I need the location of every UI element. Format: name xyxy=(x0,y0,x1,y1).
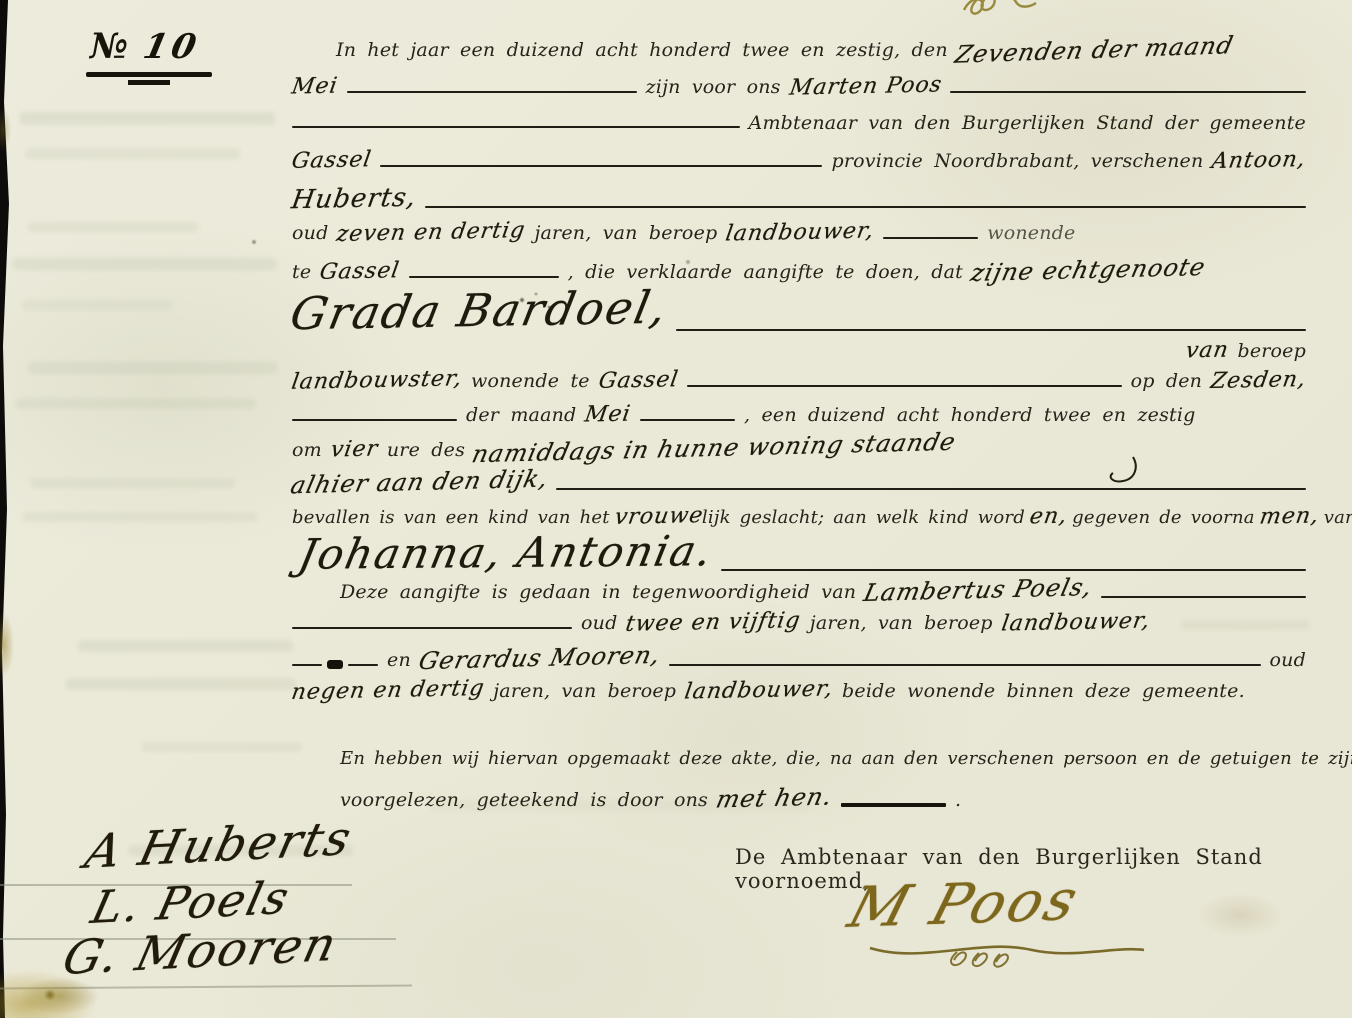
hw-witness1-name: Lambertus Poels, xyxy=(861,573,1095,607)
blank-rule xyxy=(721,569,1306,571)
hw-residence: Gassel xyxy=(318,258,401,285)
form-line-year: In het jaar een duizend acht honderd twe… xyxy=(336,34,1306,62)
form-line-municipality: Gassel provincie Noordbrabant, verschene… xyxy=(292,148,1306,173)
form-line-closing1: En hebben wij hiervan opgemaakt deze akt… xyxy=(340,748,1306,769)
blank-rule xyxy=(669,664,1261,666)
form-line-closing2: voorgelezen, geteekend is door ons met h… xyxy=(340,784,1306,812)
blank-rule xyxy=(425,206,1306,208)
bleedthrough-line xyxy=(142,742,302,752)
blank-rule xyxy=(380,165,822,167)
printed-segment: der maand xyxy=(466,404,576,426)
hw-van: van xyxy=(1184,338,1231,364)
printed-segment: En hebben wij hiervan opgemaakt deze akt… xyxy=(340,748,1352,769)
bleedthrough-line xyxy=(12,258,277,270)
blank-rule xyxy=(292,419,457,421)
form-line-birth-address: alhier aan den dijk, xyxy=(292,468,1306,496)
bleedthrough-line xyxy=(28,222,198,232)
hw-mother-occupation: landbouwster, xyxy=(290,366,464,395)
hw-mother-name: Grada Bardoel, xyxy=(286,281,673,341)
printed-segment: oud xyxy=(1270,649,1306,671)
blank-rule xyxy=(950,91,1306,93)
act-number-block: №10 xyxy=(90,26,199,67)
form-line-witness1: Deze aangifte is gedaan in tegenwoordigh… xyxy=(340,576,1306,604)
blank-rule xyxy=(841,803,946,808)
printed-segment: beide wonende binnen deze gemeente. xyxy=(842,680,1245,702)
form-line-mother-name: Grada Bardoel, xyxy=(292,284,1306,337)
registrar-signature-flourish xyxy=(862,938,1152,978)
blank-rule xyxy=(687,385,1122,387)
ink-blot xyxy=(327,660,343,669)
form-line-child-sex: bevallen is van een kind van het vrouwe … xyxy=(292,504,1306,529)
printed-segment: zijn voor ons xyxy=(646,76,781,98)
form-line-birth-time: om vier ure des namiddags in hunne wonin… xyxy=(292,434,1306,462)
printed-segment: gegeven de voorna xyxy=(1072,507,1255,528)
blank-rule xyxy=(1101,596,1306,598)
printed-segment: jaren, van beroep xyxy=(534,222,717,244)
printed-segment: op den xyxy=(1131,370,1203,392)
form-line-birth-month: der maand Mei , een duizend acht honderd… xyxy=(292,402,1306,427)
printed-segment: jaren, van beroep xyxy=(810,612,993,634)
form-line-witness1-age: oud twee en vijftig jaren, van beroep la… xyxy=(292,610,1306,635)
hw-met-hen: met hen. xyxy=(714,782,836,813)
form-line-declarant-surname: Huberts, xyxy=(292,184,1306,214)
cut-off-ink-flourish xyxy=(960,0,1080,16)
printed-segment: Deze aangifte is gedaan in tegenwoordigh… xyxy=(340,581,856,603)
printed-segment: bevallen is van een kind van het xyxy=(292,507,610,528)
form-line-month-registrar: Mei zijn voor ons Marten Poos xyxy=(292,74,1306,99)
form-line-mother-occupation: landbouwster, wonende te Gassel op den Z… xyxy=(292,368,1306,393)
printed-segment: en xyxy=(387,649,411,671)
hw-worden-suffix: en, xyxy=(1028,504,1069,530)
hw-witness1-age: twee en vijftig xyxy=(624,608,803,637)
bleedthrough-line xyxy=(22,512,257,522)
hw-child-names: Johanna, Antonia. xyxy=(295,526,718,579)
blank-rule xyxy=(348,664,378,666)
blank-rule xyxy=(676,329,1306,331)
hw-month: Mei xyxy=(290,74,340,100)
printed-segment: lijk geslacht; aan welk kind word xyxy=(702,507,1025,528)
hw-declarant-age: zeven en dertig xyxy=(335,218,528,247)
bleedthrough-line xyxy=(30,478,235,488)
blank-rule xyxy=(292,664,322,666)
hw-declarant-occupation: landbouwer, xyxy=(724,218,876,246)
hw-voornamen-suffix: men, xyxy=(1258,503,1321,529)
printed-segment: te xyxy=(292,261,311,283)
bleedthrough-line xyxy=(16,398,256,409)
form-line-official: Ambtenaar van den Burgerlijken Stand der… xyxy=(292,112,1306,134)
act-number: 10 xyxy=(140,27,204,67)
hw-witness1-occupation: landbouwer, xyxy=(999,608,1151,636)
bleedthrough-line xyxy=(25,148,240,159)
hw-birth-month: Mei xyxy=(583,402,633,428)
blank-rule xyxy=(883,237,978,239)
bleedthrough-line xyxy=(28,362,278,374)
form-line-residence: te Gassel , die verklaarde aangifte te d… xyxy=(292,256,1306,284)
hw-spouse-intro: zijne echtgenoote xyxy=(968,253,1208,287)
printed-segment: In het jaar een duizend acht honderd twe… xyxy=(336,39,948,61)
blank-rule xyxy=(409,276,559,278)
act-number-underline-2 xyxy=(128,80,170,85)
printed-segment: wonende te xyxy=(471,370,590,392)
form-line-witness2: en Gerardus Mooren, oud xyxy=(292,644,1306,672)
bleedthrough-line xyxy=(22,300,172,310)
form-line-child-names: Johanna, Antonia. xyxy=(300,528,1306,577)
bleedthrough-line xyxy=(66,678,296,690)
printed-segment: oud xyxy=(292,222,328,244)
hw-registrar-name: Marten Poos xyxy=(787,72,943,100)
bleedthrough-line xyxy=(20,112,275,125)
form-line-declarant-age: oud zeven en dertig jaren, van beroep la… xyxy=(292,220,1306,245)
printed-segment: ure des xyxy=(387,439,465,461)
printed-segment: wonende xyxy=(987,222,1075,244)
registrar-signature: M Poos xyxy=(841,868,1087,941)
form-line-witness2-age: negen en dertig jaren, van beroep landbo… xyxy=(292,678,1306,703)
hw-declarant-firstname: Antoon, xyxy=(1210,147,1308,174)
printed-segment: , die verklaarde aangifte te doen, dat xyxy=(568,261,963,283)
printed-segment: oud xyxy=(581,612,617,634)
blank-rule xyxy=(292,627,572,629)
blank-rule xyxy=(640,419,735,421)
printed-segment: van xyxy=(1324,507,1352,528)
blank-rule xyxy=(347,91,637,93)
hw-mother-residence: Gassel xyxy=(597,367,680,394)
printed-segment: . xyxy=(955,789,961,811)
hw-municipality: Gassel xyxy=(290,147,373,174)
hw-declarant-surname: Huberts, xyxy=(289,183,418,216)
blank-rule xyxy=(556,488,1306,490)
printed-segment: om xyxy=(292,439,322,461)
printed-segment: beroep xyxy=(1237,340,1306,362)
hw-witness2-occupation: landbouwer, xyxy=(683,676,835,704)
printed-segment: voorgelezen, geteekend is door ons xyxy=(340,789,708,811)
bleedthrough-line xyxy=(78,640,293,652)
hw-birth-day: Zesden, xyxy=(1209,367,1308,394)
blank-rule xyxy=(292,126,740,128)
hw-witness2-name: Gerardus Mooren, xyxy=(416,641,663,675)
form-line-beroep-label: van beroep xyxy=(292,338,1306,363)
act-number-underline xyxy=(86,72,212,77)
numero-sign: № xyxy=(90,26,130,67)
hw-birth-hour: vier xyxy=(329,437,380,463)
descender-flourish xyxy=(1095,455,1145,487)
hw-witness2-age: negen en dertig xyxy=(290,676,487,705)
hw-birth-address: alhier aan den dijk, xyxy=(288,465,551,500)
printed-segment: Ambtenaar van den Burgerlijken Stand der… xyxy=(749,112,1306,134)
printed-segment: jaren, van beroep xyxy=(493,680,676,702)
printed-segment: , een duizend acht honderd twee en zesti… xyxy=(744,404,1196,426)
printed-segment: provincie Noordbrabant, verschenen xyxy=(831,150,1203,172)
